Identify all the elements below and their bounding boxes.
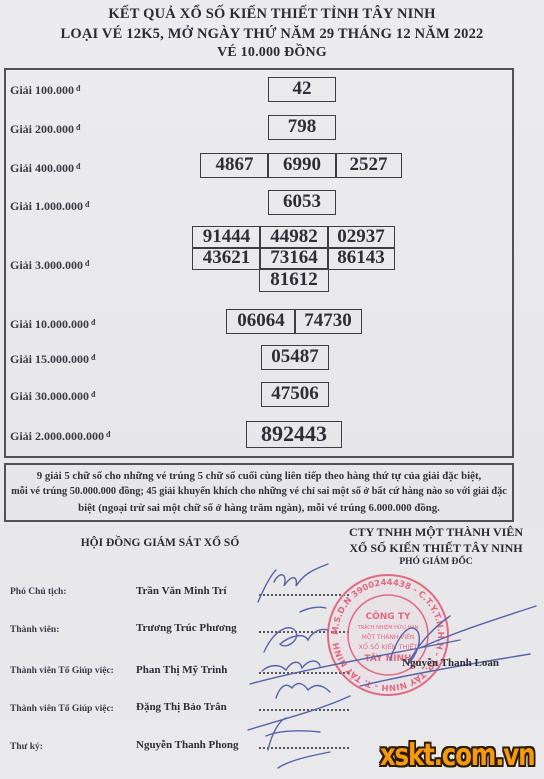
member-name: Trần Văn Minh Trí [136,585,227,597]
number-cell: 02937 [327,226,395,249]
prize-label-10m: Giải 10.000.000đ [10,317,95,332]
member-name: Trương Trúc Phương [136,622,237,634]
prize-label-1m: Giải 1.000.000đ [10,199,89,214]
number-cell: 74730 [294,309,362,334]
prize-label-30m: Giải 30.000.000đ [10,389,95,404]
note-line: biệt (ngoại trừ sai một chữ số ở hàng tr… [6,500,512,516]
director-name: Nguyễn Thanh Loan [402,657,499,669]
number-cell: 43621 [192,247,261,270]
member-name: Nguyễn Thanh Phong [136,739,239,751]
member-role: Thành viên Tổ Giúp việc: [10,704,114,714]
prize-label-100k: Giải 100.000đ [10,83,80,98]
company-line2: XỔ SỐ KIẾN THIẾT TÂY NINH [328,541,544,556]
number-cell: 91444 [192,226,261,249]
member-role: Thư ký: [10,742,43,752]
number-cell: 2527 [335,153,402,178]
document-title: KẾT QUẢ XỔ SỐ KIẾN THIẾT TỈNH TÂY NINH [0,6,544,23]
number-cell: 42 [268,77,336,102]
prize-label-3m: Giải 3.000.000đ [10,258,89,273]
number-cell: 6053 [268,190,336,215]
consolation-prize-note: 9 giải 5 chữ số cho những vé trúng 5 chữ… [4,463,514,522]
number-cell: 44982 [259,226,329,249]
number-cell: 86143 [327,247,395,270]
number-cell: 4867 [200,153,269,178]
prize-label-special: Giải 2.000.000.000đ [10,429,110,444]
note-line: mỗi vé trúng 50.000.000 đồng; 45 giải kh… [6,484,512,500]
member-role: Thành viên Tổ Giúp việc: [10,666,114,676]
number-cell: 73164 [259,247,329,270]
note-line: 9 giải 5 chữ số cho những vé trúng 5 chữ… [6,468,512,484]
prize-label-15m: Giải 15.000.000đ [10,352,95,367]
number-cell: 47506 [261,382,329,407]
special-prize-cell: 892443 [246,421,342,448]
company-line1: CTY TNHH MỘT THÀNH VIÊN [328,525,544,540]
member-role: Phó Chủ tịch: [10,587,66,597]
number-cell: 6990 [267,153,337,178]
ticket-type-date: LOẠI VÉ 12K5, MỞ NGÀY THỨ NĂM 29 THÁNG 1… [0,26,544,43]
member-role: Thành viên: [10,625,59,635]
number-cell: 798 [268,115,336,140]
prize-label-200k: Giải 200.000đ [10,122,80,137]
council-title: HỘI ĐỒNG GIÁM SÁT XỔ SỐ [30,537,290,549]
member-name: Đặng Thị Bảo Trân [136,701,227,713]
lottery-result-document: KẾT QUẢ XỔ SỐ KIẾN THIẾT TỈNH TÂY NINH L… [0,0,544,779]
number-cell: 05487 [261,345,329,370]
prize-label-400k: Giải 400.000đ [10,161,80,176]
member-name: Phan Thị Mỹ Trinh [136,664,227,676]
number-cell: 06064 [226,309,296,334]
ticket-price: VÉ 10.000 ĐỒNG [0,45,544,61]
number-cell: 81612 [259,268,329,292]
site-watermark: xskt.com.vn [380,738,534,773]
